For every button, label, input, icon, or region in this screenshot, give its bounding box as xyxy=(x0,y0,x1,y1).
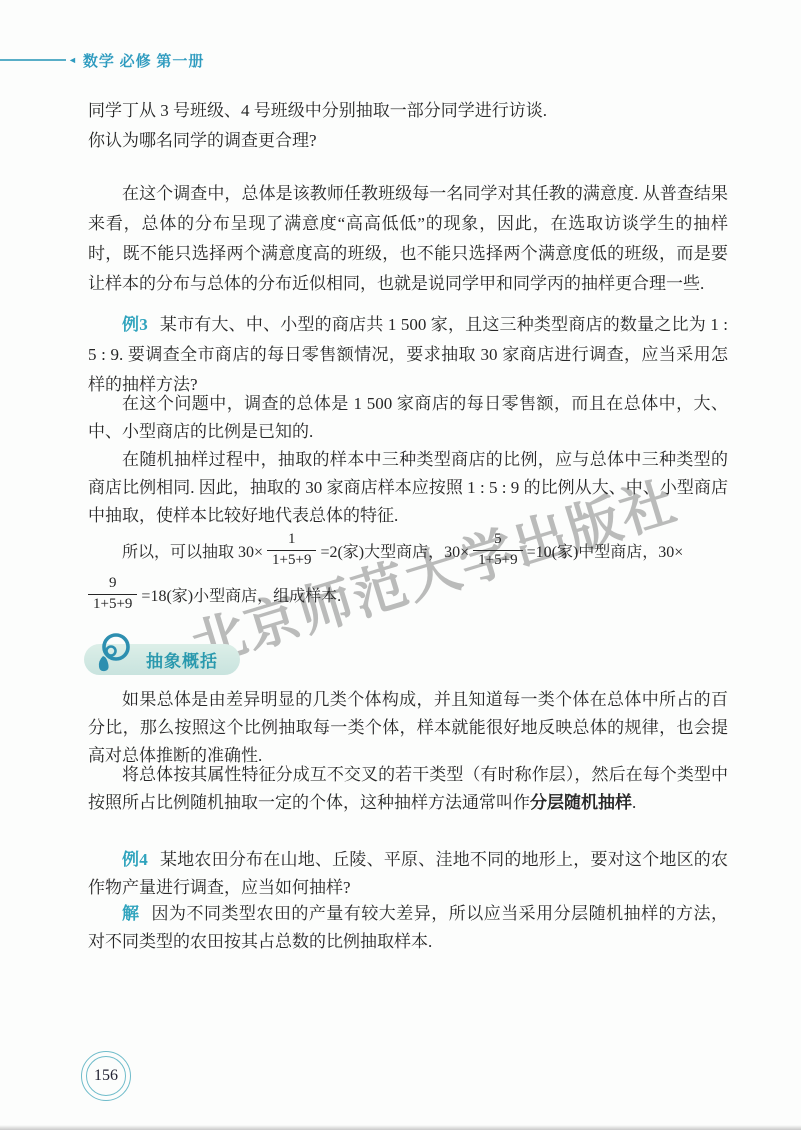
example3-question: 例3某市有大、中、小型的商店共 1 500 家，且这三种类型商店的数量之比为 1… xyxy=(88,310,728,400)
solution-formula-line-1: 所以，可以抽取 30× 1 1+5+9 =2(家)大型商店，30× 5 1+5+… xyxy=(88,528,748,572)
fraction-1-denominator: 1+5+9 xyxy=(267,551,316,569)
abstract-paragraph-2: 将总体按其属性特征分成互不交叉的若干类型（有时称作层），然后在每个类型中按照所占… xyxy=(88,761,728,817)
solution-formula-line-2: 9 1+5+9 =18(家)小型商店，组成样本. xyxy=(88,572,748,616)
intro-line-2: 你认为哪名同学的调查更合理? xyxy=(88,126,728,156)
example4-question-text: 某地农田分布在山地、丘陵、平原、洼地不同的地形上，要对这个地区的农作物产量进行调… xyxy=(88,850,728,897)
intro-line-1: 同学丁从 3 号班级、4 号班级中分别抽取一部分同学进行访谈. xyxy=(88,96,728,126)
abstract-paragraph-2-period: . xyxy=(632,793,636,812)
fraction-3-numerator: 9 xyxy=(88,575,137,594)
formula-prefix: 所以，可以抽取 30× xyxy=(122,539,263,562)
example3-label: 例3 xyxy=(122,315,148,334)
survey-analysis-paragraph: 在这个调查中，总体是该教师任教班级每一名同学对其任教的满意度. 从普查结果来看，… xyxy=(88,179,728,299)
fraction-3: 9 1+5+9 xyxy=(88,575,137,613)
fraction-2-denominator: 1+5+9 xyxy=(473,551,522,569)
example3-analysis-2: 在随机抽样过程中，抽取的样本中三种类型商店的比例，应与总体中三种类型的商店比例相… xyxy=(88,446,728,530)
formula-mid-1: =2(家)大型商店，30× xyxy=(320,539,469,562)
example4-label: 例4 xyxy=(122,850,148,869)
example4-solution-text: 因为不同类型农田的产量有较大差异，所以应当采用分层随机抽样的方法，对不同类型的农… xyxy=(88,904,728,951)
example4-question: 例4某地农田分布在山地、丘陵、平原、洼地不同的地形上，要对这个地区的农作物产量进… xyxy=(88,846,728,902)
example3-analysis-1: 在这个问题中，调查的总体是 1 500 家商店的每日零售额，而且在总体中，大、中… xyxy=(88,390,728,446)
book-title: 数学 必修 第一册 xyxy=(83,50,205,71)
fraction-2: 5 1+5+9 xyxy=(473,531,522,569)
formula-mid-2: =10(家)中型商店，30× xyxy=(527,539,684,562)
example4-solution: 解因为不同类型农田的产量有较大差异，所以应当采用分层随机抽样的方法，对不同类型的… xyxy=(88,900,728,956)
example3-question-text: 某市有大、中、小型的商店共 1 500 家，且这三种类型商店的数量之比为 1 :… xyxy=(88,315,728,394)
fraction-1-numerator: 1 xyxy=(267,531,316,550)
page-number-badge: 156 xyxy=(81,1051,131,1101)
abstract-summary-badge: 抽象概括 xyxy=(84,644,240,675)
fraction-3-denominator: 1+5+9 xyxy=(88,595,137,613)
page-bottom-edge xyxy=(0,1125,801,1130)
stratified-sampling-term: 分层随机抽样 xyxy=(530,793,632,812)
header-rule xyxy=(0,59,66,61)
abstract-paragraph-1: 如果总体是由差异明显的几类个体构成，并且知道每一类个体在总体中所占的百分比，那么… xyxy=(88,686,728,770)
abstract-summary-label: 抽象概括 xyxy=(146,647,218,672)
page-header: ◄ 数学 必修 第一册 xyxy=(0,50,204,70)
formula-suffix: =18(家)小型商店，组成样本. xyxy=(141,583,341,606)
page-number: 156 xyxy=(94,1067,118,1085)
fraction-2-numerator: 5 xyxy=(473,531,522,550)
page-number-inner-ring: 156 xyxy=(86,1056,126,1096)
left-arrow-icon: ◄ xyxy=(68,56,77,65)
solution-label: 解 xyxy=(122,904,140,923)
fraction-1: 1 1+5+9 xyxy=(267,531,316,569)
magnifier-swirl-icon xyxy=(90,630,136,676)
